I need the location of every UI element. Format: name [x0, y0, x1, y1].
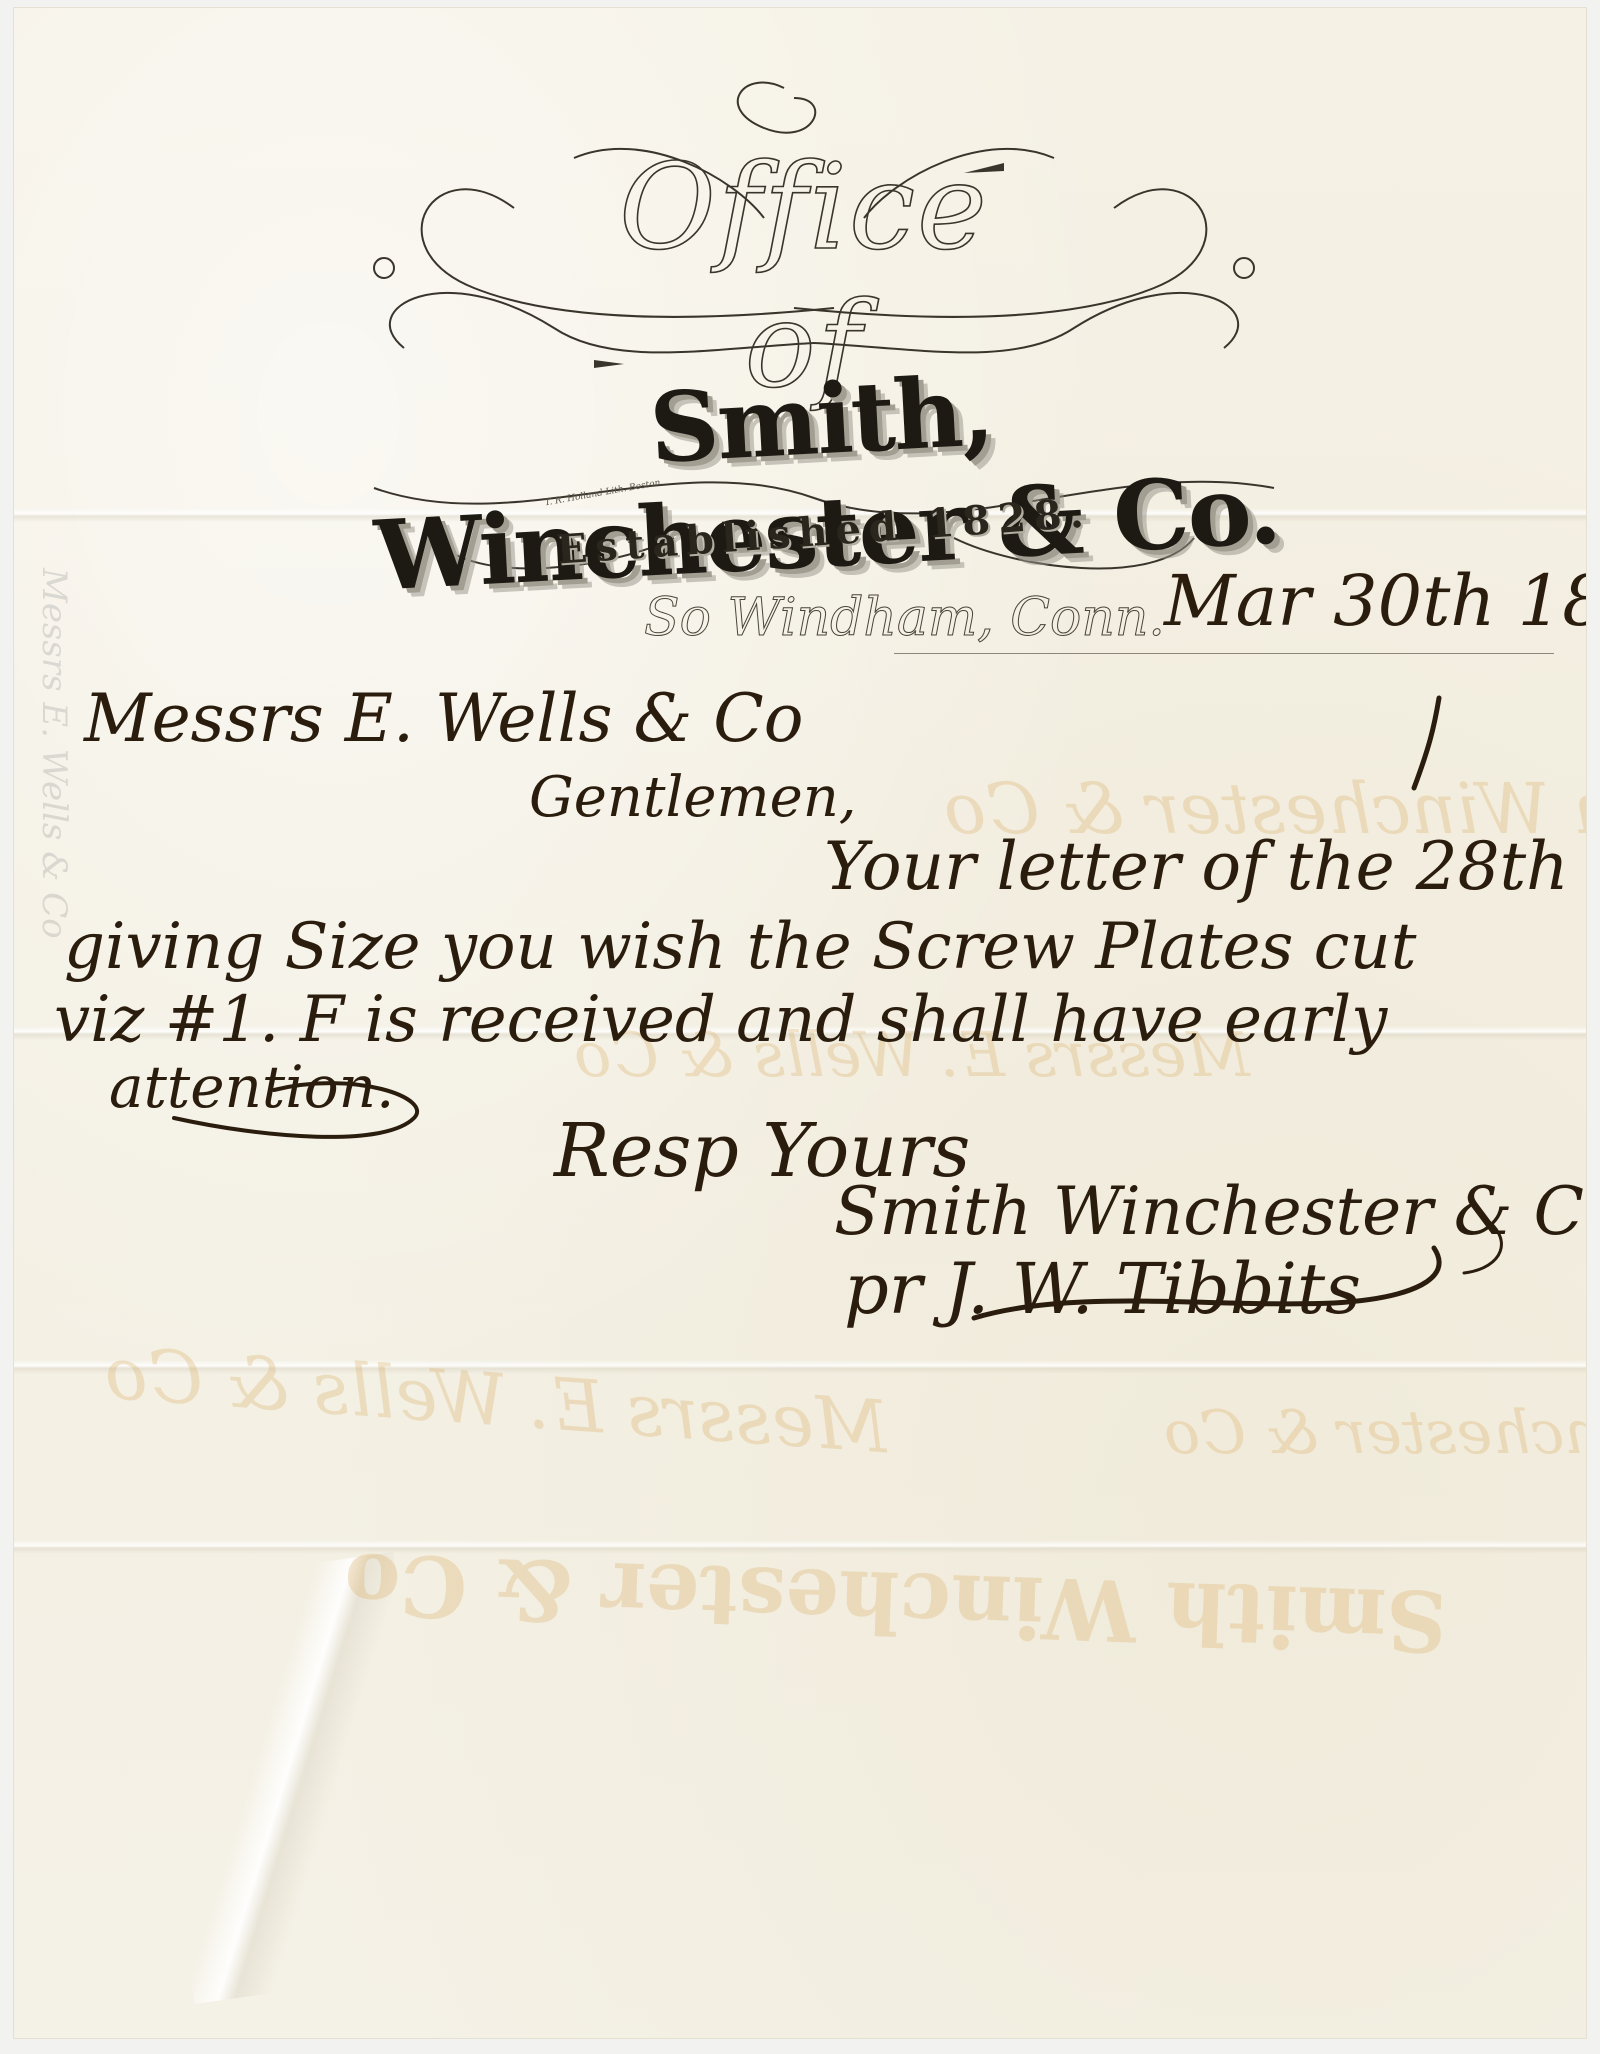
letter-page: Smith Winchester & Co Messrs E. Wells & …: [14, 8, 1586, 2038]
pen-swash-icon: [14, 8, 1586, 2038]
signature-company: Smith Winchester & Co: [834, 1173, 1586, 1250]
signature-person: pr J. W. Tibbits: [844, 1248, 1361, 1330]
